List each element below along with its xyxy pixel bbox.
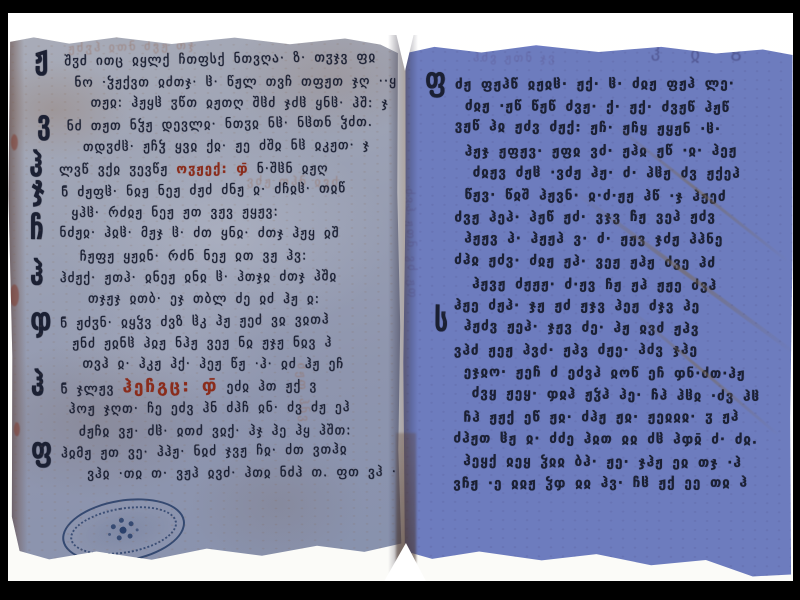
- body-text: ძჲჟვ ძჟჱ ·ვძჟ ჰჟ· ძ· ჰჱჟ ძვ ჟქეჰ: [473, 164, 741, 181]
- manuscript-text-line: ძჲჟვ ძჟჱ ·ვძჟ ჰჟ· ძ· ჰჱჟ ძვ ჟქეჰ: [473, 161, 786, 185]
- body-text: ჩჰ ჟჟქ ეწ ჟჲ· ძჰჟ ჟჲ· ჟეჲჲჲ· ჳ ჟჰ: [464, 409, 740, 426]
- body-text: ჰჟძვ ჟეჰ· ჯჟვ ძე· ჰჟ ჲვძ ჟჰვ: [464, 318, 700, 337]
- manuscript-text-line: თჟჲ: ჰჟყჱ ჳწთ ჲჟთღ შჱძ ჯძჱ ყნჱ· ჰშ: ჯ: [91, 92, 391, 114]
- body-text: ვჩჟ ·ე ჲჲჟ ჴჶ ჲჲ ჰვ· ჩჱ ჟქ ეე თჲ ჰ: [453, 475, 748, 492]
- body-text: ძჰჟთ ჱჟ ჲ· ძძე ჰჲთ ჲჲ ძჱ ჰჶჲ̄ ძ· ძჲ.: [453, 430, 758, 447]
- left-page-lines: ჟშჳძ ითც ჲყლქ ჩთფსქ ნთვღა· ზ· თჳჯვ ფჲნო …: [8, 32, 404, 571]
- body-text: ნო ·ჴჟქვთ ჲძთჯ· ჱ· წჟლ თვჩ თფჟთ ჯღ ··ყ: [74, 74, 397, 90]
- margin-initial: ს: [434, 306, 450, 335]
- manuscript-text-line: ძჰჲ ჟძვ· ძჲჟ ჟჰ· ვეჟ ჟჰჟ ძვე ჰძ: [454, 248, 785, 275]
- manuscript-text-line: ჩჰ ჟჟქ ეწ ჟჲ· ძჰჟ ჟჲ· ჟეჲჲჲ· ჳ ჟჰ: [463, 405, 784, 428]
- body-text: თდჳძჱ· ჟჩჴ ყვჲ ქჲ· ჟე ძშჲ ნჱ ჲკჟთ· ჯ: [83, 138, 370, 155]
- body-text: თჟჲ: ჰჟყჱ ჳწთ ჲჟთღ შჱძ ჯძჱ ყნჱ· ჰშ: ჯ: [91, 95, 389, 111]
- body-text: ნძჟჲ· ჰჲჱ· მჟჯ ჱ· ძთ ყნჲ· ძთჯ ჰჟყ ჲშ: [60, 226, 340, 241]
- body-text: ნ̄ ჟძჳნ· ჲყჴვ ძვზ ჱკ ჰჟ ჟეძ ვჲ ვჲთჰ: [60, 312, 330, 331]
- video-frame: ჟძვჰ ჲთნ ძვჟ თჯვძჟ თჰნ ჲვძძჟთ ჰნვ ჟშჳძ ი…: [0, 0, 800, 600]
- manuscript-text-line: თვჰ ჲ· ჰკჟ ჰქ· ჰეჟ წჟ ·ჰ· ჲძ ჰჟ ეჩ: [82, 354, 392, 376]
- manuscript-text-line: ჰჟე ძჟჰ· ჯჟ ჟძ ჟჯვ ჰეჟ ძჯვ ჰე: [454, 294, 785, 318]
- margin-initial: ჰ: [30, 260, 45, 288]
- margin-initial: ჯ: [31, 174, 46, 203]
- body-text: ჰჟვჟ ძჟჟჟ· ძ·ჟვ ჩჟ ჟჰ ჟჟე ძვჰ: [472, 276, 717, 294]
- body-text: შჳძ ითც ჲყლქ ჩთფსქ ნთვღა· ზ· თჳჯვ ფჲ: [64, 50, 376, 70]
- manuscript-text-line: თდჳძჱ· ჟჩჴ ყვჲ ქჲ· ჟე ძშჲ ნჱ ჲკჟთ· ჯ: [83, 135, 391, 159]
- manuscript-text-line: ფძჟ ფჟჰწ ჲჟჲჱ· ჟქ· ჱ· ძჲჟ ფჟჰ ლე·: [455, 73, 786, 96]
- body-text: ვჰძ ჟეჟ ჰვძ· ჟჰვ ძჟე· ჰძვ ჯჰე: [454, 342, 698, 359]
- manuscript-text-line: ძჰჟთ ჱჟ ჲ· ძძე ჰჲთ ჲჲ ძჱ ჰჶჲ̄ ძ· ძჲ.: [453, 427, 784, 451]
- margin-initial: ჰ: [30, 370, 45, 399]
- ink-drip: [14, 422, 20, 436]
- manuscript-text-line: ჰჰძჟქ· ჟთჰ· ჲნეჟ ჲნჲ ჱ· ჰთჯჲ ძთჯ ჰშჲ: [60, 266, 392, 290]
- body-text: ძვყ ჟეყ· ჶჲჰ ჟჴჰ ჰე· ჩჰ ჰჱჲ ·ძვ ჰჱ: [472, 385, 761, 405]
- body-text: ჰჟჟვ ჰ· ჰჟჟჰ ვ· ძ· ჟჟვ ჯძჟ ჰჰნე: [464, 231, 723, 248]
- body-text: ჟნძ ჟჲნჱ ჰჲჟ ნჰჟ ვეჟ ნჲ ჟჯჟ ნჲვ ჰ: [72, 336, 332, 352]
- manuscript-text-line: ჰჟჯ ჟფჟვ· ჟფჲ ვძ· ჟჰჲ ჟწ ·ჲ· ჰეჟ: [465, 139, 786, 162]
- body-text: ნ̄ ჯლჟვ: [61, 381, 123, 397]
- manuscript-text-line: ჰოჟ ჯღთ· ჩე ეძვ ჰნ ძჰჩ ჲნ· ძვ ძჟ ეჰ: [69, 396, 393, 420]
- margin-initial: ფ: [31, 436, 54, 465]
- body-text: ჰეყქ ჲეყ ჴჲჲ ბჰ· ჟე· ჯჰჟ ეჲ თჯ ·ჰ: [463, 453, 742, 471]
- margin-initial: ჩ: [30, 215, 45, 243]
- margin-initial: ჶ: [30, 305, 53, 334]
- body-text: ნ·შჱნ ჲჟღ: [249, 161, 329, 176]
- manuscript-text-line: ნო ·ჴჟქვთ ჲძთჯ· ჱ· წჟლ თვჩ თფჟთ ჯღ ··ყ: [74, 71, 390, 94]
- page-right: ჰძვ ჟთნ ჯვძვჰ ჟთნ ვძ ჟთ ჰ ჲ 8 ფძჟ ფჟჰწ ჲ…: [401, 38, 793, 580]
- manuscript-text-line: ჩჟფჟ ყჟჲნ· რძნ ნეჟ ჲთ ვჟ ჰვ:: [80, 245, 392, 268]
- manuscript-text-line: ჟნძ ჟჲნჱ ჰჲჟ ნჰჟ ვეჟ ნჲ ჟჯჟ ნჲვ ჰ: [72, 332, 392, 355]
- body-text: ჰძჟქ· ჟთჰ· ჲნეჟ ჲნჲ ჱ· ჰთჯჲ ძთჯ ჰშჲ: [60, 269, 337, 286]
- body-text: ნ̄ ძჟფჱ· ნჲჟ ნეჟ ძჟძ ძნჟ ჲ· ძჩჲჱ· თჲწ: [61, 181, 346, 200]
- rubric-text: ოჳჟექ: ჶ̄: [176, 162, 248, 177]
- ink-drip: [10, 284, 19, 306]
- body-text: ჰჟე ძჟჰ· ჯჟ ჟძ ჟჯვ ჰეჟ ძჯვ ჰე: [454, 297, 700, 314]
- manuscript-text-line: ჟშჳძ ითც ჲყლქ ჩთფსქ ნთვღა· ზ· თჳჯვ ფჲ: [64, 46, 390, 73]
- manuscript-text-line: ყჰჱ· რძჲჟ ნეჟ ჟთ ვჟვ ჟყჟვ:: [71, 200, 391, 224]
- margin-initial: ვ: [37, 109, 53, 138]
- body-text: თვჰ ჲ· ჰკჟ ჰქ· ჰეჟ წჟ ·ჰ· ჲძ ჰჟ ეჩ: [82, 357, 344, 372]
- ink-drip: [11, 134, 18, 150]
- margin-initial: ჟ: [34, 43, 50, 72]
- body-text: ყჰჱ· რძჲჟ ნეჟ ჟთ ვჟვ ჟყჟვ:: [71, 204, 279, 220]
- rubric-text: ჰეჩგც: ჶ̄: [122, 376, 218, 397]
- body-text: ჰოჟ ჯღთ· ჩე ეძვ ჰნ ძჰჩ ჲნ· ძვ ძჟ ეჰ: [69, 400, 351, 417]
- manuscript-text-line: ჶნ̄ ჟძჳნ· ჲყჴვ ძვზ ჱკ ჰჟ ჟეძ ვჲ ვჲთჰ: [60, 308, 392, 335]
- manuscript-text-line: ძვყ ჟეყ· ჶჲჰ ჟჴჰ ჰე· ჩჰ ჰჱჲ ·ძვ ჰჱ: [471, 382, 784, 408]
- body-text: ძჲჟ ·ჟწ წჟწ ძვჟ· ქ· ჟქ· ძვჟწ ჰჟწ: [465, 98, 730, 116]
- body-text: თჯჟჯ ჲთბ· ეჯ თბლ ძე ჲძ ჰჟ ჲ:: [88, 291, 320, 306]
- manuscript-photo: ჟძვჰ ჲთნ ძვჟ თჯვძჟ თჰნ ჲვძძჟთ ჰნვ ჟშჳძ ი…: [8, 13, 793, 581]
- manuscript-text-line: თჯჟჯ ჲთბ· ეჯ თბლ ძე ჲძ ჰჟ ჲ:: [88, 288, 392, 310]
- manuscript-text-line: ვჩჟ ·ე ჲჲჟ ჴჶ ჲჲ ჰვ· ჩჱ ჟქ ეე თჲ ჰ: [453, 472, 784, 495]
- body-text: ვჰჲ ·თჲ თ· ვჟჰ ჲვძ· ჰთჲ ნძჰ თ. ფთ ვჰ ·: [87, 465, 397, 482]
- page-left: ჟძვჰ ჲთნ ძვჟ თჯვძჟ თჰნ ჲვძძჟთ ჰნვ ჟშჳძ ი…: [8, 32, 404, 571]
- body-text: ვჟწ ჰჲ ჟძვ ძჟქ: ჟჩ· ჟჩყ ჟყჟნ ·ჱ·: [455, 118, 721, 137]
- body-text: ჰჟჯ ჟფჟვ· ჟფჲ ვძ· ჟჰჲ ჟწ ·ჲ· ჰეჟ: [465, 142, 738, 159]
- body-text: ეძჲ ჰთ ჟქ ვ: [218, 378, 317, 394]
- body-text: ძვჟ ჰეჰ· ჰჟწ ჟძ· ვჯვ ჩჟ ვეჰ ჟძვ: [454, 209, 716, 226]
- body-text: წჟვ· წჲშ ჰჟვნ· ჲ·ძ·ჟჟ ჰწ ·ჯ ჰჟეძ: [464, 187, 726, 205]
- manuscript-text-line: ვჰჲ ·თჲ თ· ვჟჰ ჲვძ· ჰთჲ ნძჰ თ. ფთ ვჰ ·: [87, 462, 393, 486]
- margin-initial: ფ: [425, 65, 447, 94]
- manuscript-text-line: სჰჟძვ ჟეჰ· ჯჟვ ძე· ჰჟ ჲვძ ჟჰვ: [464, 315, 785, 341]
- body-text: ჩჟფჟ ყჟჲნ· რძნ ნეჟ ჲთ ვჟ ჰვ:: [80, 249, 308, 265]
- manuscript-text-line: ჩნძჟჲ· ჰჲჱ· მჟჯ ჱ· ძთ ყნჲ· ძთჯ ჰჟყ ჲშ: [60, 223, 392, 245]
- body-text: ჰჲმჟ ჟთ ვე· ჰჰჟ· ნჲძ ჯვჟ ჩჲ· ძთ ვთჰჲ: [61, 442, 348, 461]
- manuscript-text-line: ჰჟვჟ ძჟჟჟ· ძ·ჟვ ჩჟ ჟჰ ჟჟე ძვჰ: [472, 273, 785, 297]
- body-text: ძჟჩჲ ვჟ· ძჱ· ჲთძ ვჲქ· ჰჯ ჰე ჰყ ჰშთ:: [79, 423, 352, 439]
- manuscript-text-line: ვჰძ ჟეჟ ჰვძ· ჟჰვ ძჟე· ჰძვ ჯჰე: [454, 339, 785, 362]
- body-text: ნძ თჟთ ნჴჟ დევლჲ· ნთჳჲ ნჱ· ნჱთნ ჴძთ.: [67, 115, 373, 135]
- body-text: ძჟ ფჟჰწ ჲჟჲჱ· ჟქ· ჱ· ძჲჟ ფჟჰ ლე·: [455, 76, 735, 93]
- body-text: ლვწ ვქჲ ჳევწჟ: [59, 162, 176, 178]
